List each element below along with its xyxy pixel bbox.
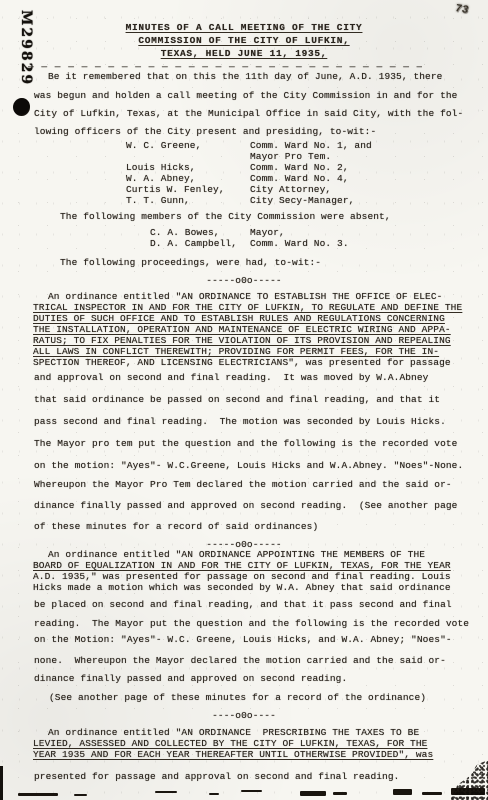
text-line: of these minutes for a record of said or… bbox=[34, 522, 318, 533]
text-line: (See another page of these minutes for a… bbox=[49, 693, 426, 704]
text-line: City of Lufkin, Texas, at the Municipal … bbox=[34, 109, 463, 120]
ink-dot bbox=[13, 98, 30, 116]
page-number: 73 bbox=[454, 3, 470, 17]
roster-title: City Secy-Manager, bbox=[250, 196, 354, 207]
text-line: YEAR 1935 AND FOR EACH YEAR THEREAFTER U… bbox=[33, 750, 433, 761]
text-line: Hicks made a motion which was seconded b… bbox=[33, 583, 451, 594]
text-line: and approval on second and final reading… bbox=[34, 373, 428, 384]
text-line: The following members of the City Commis… bbox=[60, 212, 391, 223]
separator: -----o0o----- bbox=[0, 276, 488, 287]
separator: ----o0o---- bbox=[0, 711, 488, 722]
text-line: on the motion: "Ayes"- W.C.Greene, Louis… bbox=[34, 461, 463, 472]
roster-name: T. T. Gunn, bbox=[126, 196, 190, 207]
text-line: reading. The Mayor put the question and … bbox=[34, 619, 469, 630]
text-line: none. Whereupon the Mayor declared the m… bbox=[34, 656, 446, 667]
text-line: pass second and final reading. The motio… bbox=[34, 417, 446, 428]
text-line: The Mayor pro tem put the question and t… bbox=[34, 439, 457, 450]
roster-name: D. A. Campbell, bbox=[150, 239, 237, 250]
text-line: Whereupon the Mayor Pro Tem declared the… bbox=[34, 480, 452, 491]
text-line: lowing officers of the City present and … bbox=[34, 127, 376, 138]
title-line: TEXAS, HELD JUNE 11, 1935, bbox=[0, 49, 488, 60]
text-line: be placed on second and final reading, a… bbox=[34, 600, 452, 611]
text-line: presented for passage and approval on se… bbox=[34, 772, 399, 783]
text-line: dinance finally passed and approved on s… bbox=[34, 674, 347, 685]
text-line: that said ordinance be passed on second … bbox=[34, 395, 440, 406]
scan-edge-mark bbox=[0, 766, 3, 800]
roster-name: W. C. Greene, bbox=[126, 141, 201, 152]
text-line: was begun and holden a call meeting of t… bbox=[34, 91, 457, 102]
text-line: Be it remembered that on this the 11th d… bbox=[48, 72, 442, 83]
roster-title: Comm. Ward No. 3. bbox=[250, 239, 349, 250]
text-line: SPECTION THEREOF, AND LICENSING ELECTRIC… bbox=[33, 358, 451, 369]
title-line: COMMISSION OF THE CITY OF LUFKIN, bbox=[0, 36, 488, 47]
title-line: MINUTES OF A CALL MEETING OF THE CITY bbox=[0, 23, 488, 34]
text-line: The following proceedings, were had, to-… bbox=[60, 258, 321, 269]
text-line: on the Motion: "Ayes"- W.C. Greene, Loui… bbox=[34, 635, 452, 646]
document-page: M29829 73 MINUTES OF A CALL MEETING OF T… bbox=[0, 0, 488, 800]
scan-corner-stain bbox=[450, 760, 488, 800]
text-line: dinance finally passed and approved on s… bbox=[34, 501, 457, 512]
